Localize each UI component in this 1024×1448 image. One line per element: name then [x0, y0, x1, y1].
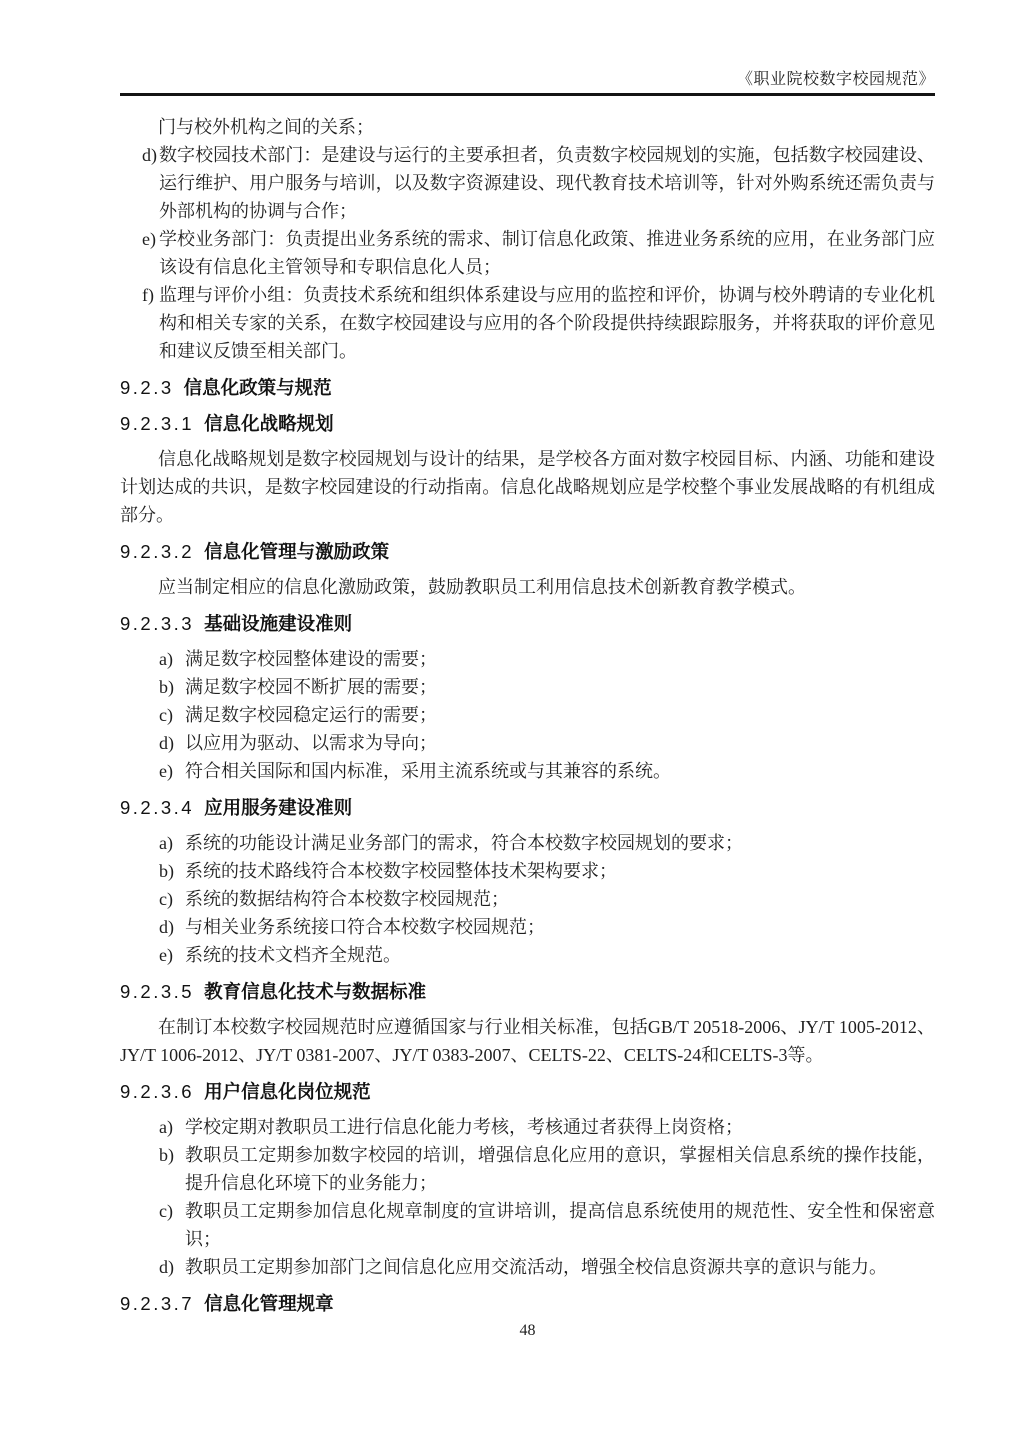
list-item: a) 系统的功能设计满足业务部门的需求，符合本校数字校园规划的要求；	[120, 829, 935, 857]
section-heading-9232: 9.2.3.2信息化管理与激励政策	[120, 539, 935, 565]
section-title: 信息化政策与规范	[184, 377, 332, 398]
list-marker: d)	[159, 1253, 174, 1281]
list-marker: c)	[159, 701, 173, 729]
paragraph: 在制订本校数字校园规范时应遵循国家与行业相关标准，包括GB/T 20518-20…	[120, 1013, 935, 1069]
list-item: e) 学校业务部门：负责提出业务系统的需求、制订信息化政策、推进业务系统的应用，…	[120, 225, 935, 281]
section-number: 9.2.3.6	[120, 1081, 194, 1102]
list-marker: e)	[159, 757, 173, 785]
list-item: a) 满足数字校园整体建设的需要；	[120, 645, 935, 673]
list-item: b) 系统的技术路线符合本校数字校园整体技术架构要求；	[120, 857, 935, 885]
section-number: 9.2.3.4	[120, 797, 194, 818]
list-item-text: 学校定期对教职员工进行信息化能力考核，考核通过者获得上岗资格；	[185, 1117, 743, 1137]
list-marker: d)	[159, 729, 174, 757]
list-item-text: 教职员工定期参加信息化规章制度的宣讲培训，提高信息系统使用的规范性、安全性和保密…	[185, 1201, 935, 1249]
list-item: d) 以应用为驱动、以需求为导向；	[120, 729, 935, 757]
section-number: 9.2.3	[120, 377, 174, 398]
paragraph: 应当制定相应的信息化激励政策，鼓励教职员工利用信息技术创新教育教学模式。	[120, 573, 935, 601]
document-page: 《职业院校数字校园规范》 门与校外机构之间的关系； d) 数字校园技术部门：是建…	[0, 0, 1024, 1448]
list-item-text: 与相关业务系统接口符合本校数字校园规范；	[185, 917, 545, 937]
list-marker: c)	[159, 1197, 173, 1225]
user-post-spec-list: a) 学校定期对教职员工进行信息化能力考核，考核通过者获得上岗资格； b) 教职…	[120, 1113, 935, 1281]
document-body: 门与校外机构之间的关系； d) 数字校园技术部门：是建设与运行的主要承担者，负责…	[120, 96, 935, 1317]
list-item: a) 学校定期对教职员工进行信息化能力考核，考核通过者获得上岗资格；	[120, 1113, 935, 1141]
list-marker: f)	[142, 281, 154, 309]
section-title: 信息化战略规划	[204, 413, 334, 434]
list-item-text: 系统的数据结构符合本校数字校园规范；	[185, 889, 509, 909]
section-heading-9236: 9.2.3.6用户信息化岗位规范	[120, 1079, 935, 1105]
section-title: 信息化管理与激励政策	[204, 541, 389, 562]
list-item-text: 以应用为驱动、以需求为导向；	[185, 733, 437, 753]
section-number: 9.2.3.7	[120, 1293, 194, 1314]
application-criteria-list: a) 系统的功能设计满足业务部门的需求，符合本校数字校园规划的要求； b) 系统…	[120, 829, 935, 969]
section-title: 信息化管理规章	[204, 1293, 334, 1314]
list-marker: d)	[142, 141, 157, 169]
list-item-text: 系统的技术路线符合本校数字校园整体技术架构要求；	[185, 861, 617, 881]
section-heading-9231: 9.2.3.1信息化战略规划	[120, 411, 935, 437]
section-heading-9234: 9.2.3.4应用服务建设准则	[120, 795, 935, 821]
carryover-line: 门与校外机构之间的关系；	[120, 113, 935, 141]
list-item-text: 满足数字校园稳定运行的需要；	[185, 705, 437, 725]
section-title: 教育信息化技术与数据标准	[204, 981, 426, 1002]
section-number: 9.2.3.3	[120, 613, 194, 634]
page-header: 《职业院校数字校园规范》	[120, 0, 935, 96]
list-item-text: 数字校园技术部门：是建设与运行的主要承担者，负责数字校园规划的实施，包括数字校园…	[159, 145, 935, 221]
list-item-text: 教职员工定期参加数字校园的培训，增强信息化应用的意识，掌握相关信息系统的操作技能…	[185, 1145, 935, 1193]
list-marker: e)	[142, 225, 156, 253]
list-item-text: 满足数字校园不断扩展的需要；	[185, 677, 437, 697]
list-item: b) 教职员工定期参加数字校园的培训，增强信息化应用的意识，掌握相关信息系统的操…	[120, 1141, 935, 1197]
infrastructure-criteria-list: a) 满足数字校园整体建设的需要； b) 满足数字校园不断扩展的需要； c) 满…	[120, 645, 935, 785]
list-marker: b)	[159, 673, 174, 701]
section-number: 9.2.3.2	[120, 541, 194, 562]
page-number: 48	[520, 1322, 536, 1339]
list-item-text: 教职员工定期参加部门之间信息化应用交流活动，增强全校信息资源共享的意识与能力。	[185, 1257, 887, 1277]
list-marker: b)	[159, 1141, 174, 1169]
page-footer: 48	[120, 1322, 935, 1340]
list-marker: c)	[159, 885, 173, 913]
list-marker: a)	[159, 645, 173, 673]
list-item-text: 学校业务部门：负责提出业务系统的需求、制订信息化政策、推进业务系统的应用，在业务…	[159, 229, 935, 277]
list-item: d) 教职员工定期参加部门之间信息化应用交流活动，增强全校信息资源共享的意识与能…	[120, 1253, 935, 1281]
list-item: d) 与相关业务系统接口符合本校数字校园规范；	[120, 913, 935, 941]
paragraph: 信息化战略规划是数字校园规划与设计的结果，是学校各方面对数字校园目标、内涵、功能…	[120, 445, 935, 529]
list-item-text: 监理与评价小组：负责技术系统和组织体系建设与应用的监控和评价，协调与校外聘请的专…	[159, 285, 935, 361]
list-item: e) 符合相关国际和国内标准，采用主流系统或与其兼容的系统。	[120, 757, 935, 785]
list-item: c) 教职员工定期参加信息化规章制度的宣讲培训，提高信息系统使用的规范性、安全性…	[120, 1197, 935, 1253]
section-heading-923: 9.2.3信息化政策与规范	[120, 375, 935, 401]
list-marker: a)	[159, 1113, 173, 1141]
list-item: c) 系统的数据结构符合本校数字校园规范；	[120, 885, 935, 913]
list-item-text: 系统的功能设计满足业务部门的需求，符合本校数字校园规划的要求；	[185, 833, 743, 853]
section-heading-9233: 9.2.3.3基础设施建设准则	[120, 611, 935, 637]
section-heading-9235: 9.2.3.5教育信息化技术与数据标准	[120, 979, 935, 1005]
organization-list: d) 数字校园技术部门：是建设与运行的主要承担者，负责数字校园规划的实施，包括数…	[120, 141, 935, 365]
section-title: 用户信息化岗位规范	[204, 1081, 371, 1102]
list-marker: a)	[159, 829, 173, 857]
list-item-text: 符合相关国际和国内标准，采用主流系统或与其兼容的系统。	[185, 761, 671, 781]
list-item: e) 系统的技术文档齐全规范。	[120, 941, 935, 969]
list-marker: d)	[159, 913, 174, 941]
list-item: b) 满足数字校园不断扩展的需要；	[120, 673, 935, 701]
section-number: 9.2.3.1	[120, 413, 194, 434]
list-item-text: 满足数字校园整体建设的需要；	[185, 649, 437, 669]
section-heading-9237: 9.2.3.7信息化管理规章	[120, 1291, 935, 1317]
section-title: 应用服务建设准则	[204, 797, 352, 818]
section-number: 9.2.3.5	[120, 981, 194, 1002]
section-title: 基础设施建设准则	[204, 613, 352, 634]
list-item-text: 系统的技术文档齐全规范。	[185, 945, 401, 965]
document-title: 《职业院校数字校园规范》	[120, 70, 935, 90]
list-item: d) 数字校园技术部门：是建设与运行的主要承担者，负责数字校园规划的实施，包括数…	[120, 141, 935, 225]
list-marker: b)	[159, 857, 174, 885]
list-marker: e)	[159, 941, 173, 969]
list-item: c) 满足数字校园稳定运行的需要；	[120, 701, 935, 729]
list-item: f) 监理与评价小组：负责技术系统和组织体系建设与应用的监控和评价，协调与校外聘…	[120, 281, 935, 365]
